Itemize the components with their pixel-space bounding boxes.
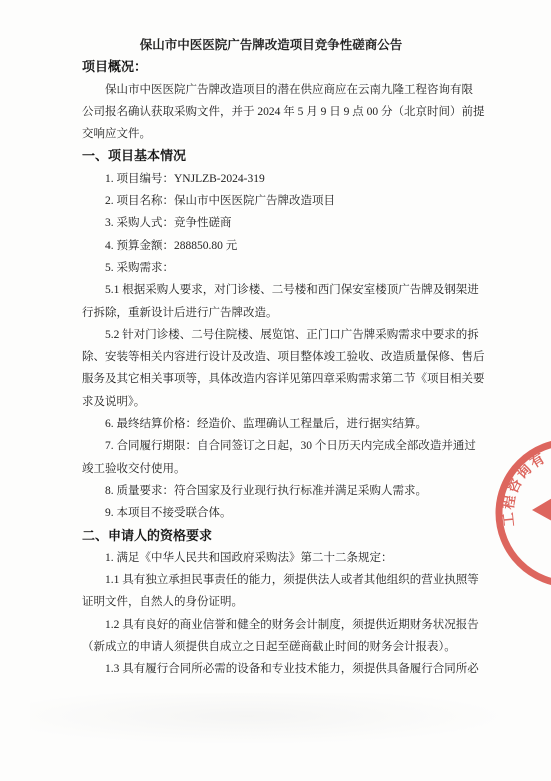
doc-line: 5.2 针对门诊楼、二号住院楼、展览馆、正门口广告牌采购需求中要求的拆 bbox=[82, 324, 460, 346]
doc-line-final-price: 6. 最终结算价格：经造价、监理确认工程量后，进行据实结算。 bbox=[82, 413, 460, 435]
section-basic-info-heading: 一、项目基本情况 bbox=[82, 145, 460, 167]
doc-line-project-name: 2. 项目名称：保山市中医医院广告牌改造项目 bbox=[82, 190, 460, 212]
section-qualification-heading: 二、申请人的资格要求 bbox=[82, 525, 460, 547]
seal-star-tip bbox=[532, 497, 551, 521]
doc-line: 行拆除，重新设计后进行广告牌改造。 bbox=[82, 302, 460, 324]
doc-line-contract-period: 7. 合同履行期限：自合同签订之日起，30 个日历天内完成全部改造并通过 bbox=[82, 435, 460, 457]
overview-line: 公司报名确认获取采购文件，并于 2024 年 5 月 9 日 9 点 00 分（… bbox=[82, 101, 460, 123]
doc-line: 证明文件，自然人的身份证明。 bbox=[82, 591, 460, 613]
doc-line: 1.2 具有良好的商业信誉和健全的财务会计制度，须提供近期财务状况报告 bbox=[82, 614, 460, 636]
doc-line: 求及说明》。 bbox=[82, 391, 460, 413]
doc-line: 1.3 具有履行合同所必需的设备和专业技术能力，须提供具备履行合同所必 bbox=[82, 658, 460, 680]
overview-line: 保山市中医医院广告牌改造项目的潜在供应商应在云南九隆工程咨询有限 bbox=[82, 79, 460, 101]
document-body: 保山市中医医院广告牌改造项目竞争性磋商公告 项目概况： 保山市中医医院广告牌改造… bbox=[82, 34, 460, 681]
scanned-document-page: 保山市中医医院广告牌改造项目竞争性磋商公告 项目概况： 保山市中医医院广告牌改造… bbox=[0, 0, 551, 781]
doc-line-procurement-method: 3. 采购人式：竞争性磋商 bbox=[82, 212, 460, 234]
doc-line-budget: 4. 预算金额：288850.80 元 bbox=[82, 235, 460, 257]
document-title: 保山市中医医院广告牌改造项目竞争性磋商公告 bbox=[82, 34, 460, 56]
doc-line-project-number: 1. 项目编号：YNJLZB-2024-319 bbox=[82, 168, 460, 190]
seal-ring-char: 咨 bbox=[504, 476, 525, 496]
scan-bleedthrough-smudge bbox=[30, 693, 510, 745]
red-company-seal: 工 程 咨 询 有 bbox=[490, 431, 551, 596]
overview-heading: 项目概况： bbox=[82, 56, 460, 78]
doc-line-requirements: 5. 采购需求： bbox=[82, 257, 460, 279]
seal-ring-char: 程 bbox=[500, 494, 518, 511]
doc-line-no-consortium: 9. 本项目不接受联合体。 bbox=[82, 502, 460, 524]
seal-ring-char: 询 bbox=[513, 461, 534, 482]
doc-line: 1.1 具有独立承担民事责任的能力，须提供法人或者其他组织的营业执照等 bbox=[82, 569, 460, 591]
overview-line: 交响应文件。 bbox=[82, 123, 460, 145]
seal-ring-char: 有 bbox=[527, 450, 547, 471]
seal-ring bbox=[499, 442, 551, 584]
doc-line-quality: 8. 质量要求：符合国家及行业现行执行标准并满足采购人需求。 bbox=[82, 480, 460, 502]
doc-line: 服务及其它相关事项等，具体改造内容详见第四章采购需求第二节《项目相关要 bbox=[82, 368, 460, 390]
seal-ring-char: 工 bbox=[500, 512, 517, 528]
doc-line: （新成立的申请人须提供自成立之日起至磋商截止时间的财务会计报表）。 bbox=[82, 636, 460, 658]
doc-line: 5.1 根据采购人要求，对门诊楼、二号楼和西门保安室楼顶广告牌及钢架进 bbox=[82, 279, 460, 301]
doc-line: 竣工验收交付使用。 bbox=[82, 458, 460, 480]
doc-line-law-clause: 1. 满足《中华人民共和国政府采购法》第二十二条规定： bbox=[82, 547, 460, 569]
doc-line: 除、安装等相关内容进行设计及改造、项目整体竣工验收、改造质量保修、售后 bbox=[82, 346, 460, 368]
